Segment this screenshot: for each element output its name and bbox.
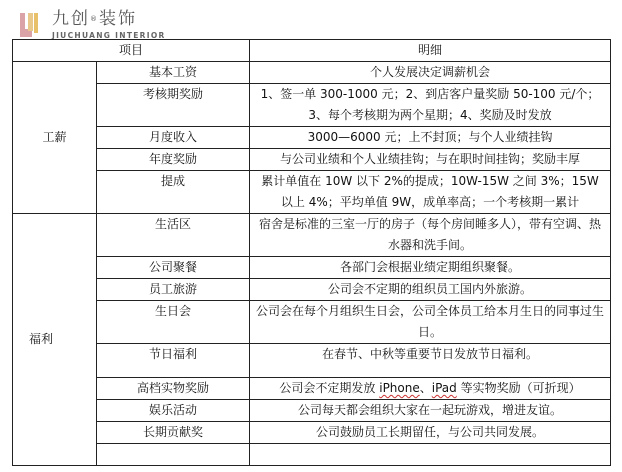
logo-mark-icon (18, 13, 40, 37)
table-row: 月度收入 3000—6000 元；上不封顶；与个人业绩挂钩 (13, 127, 611, 149)
row-detail: 公司鼓励员工长期留任，与公司共同发展。 (250, 422, 611, 444)
row-item: 长期贡献奖 (97, 422, 250, 444)
row-item: 考核期奖励 (97, 84, 250, 127)
row-detail: 宿舍是标准的三室一厅的房子（每个房间睡多人），带有空调、热水器和洗手间。 (250, 214, 611, 257)
row-detail: 公司每天都会组织大家在一起玩游戏，增进友谊。 (250, 400, 611, 422)
compensation-table: 项目 明细 工薪 基本工资 个人发展决定调薪机会 考核期奖励 1、签一单 300… (12, 39, 611, 466)
table-row: 高档实物奖励 公司会不定期发放 iPhone、iPad 等实物奖励（可折现） (13, 378, 611, 400)
table-header-row: 项目 明细 (13, 40, 611, 62)
row-detail: 与公司业绩和个人业绩挂钩；与在职时间挂钩；奖励丰厚 (250, 149, 611, 171)
spellcheck-word: iPad (432, 381, 457, 395)
row-detail: 个人发展决定调薪机会 (250, 62, 611, 84)
table-row: 生日会 公司会在每个月组织生日会，公司全体员工给本月生日的同事过生日。 (13, 301, 611, 344)
row-item: 年度奖励 (97, 149, 250, 171)
row-detail: 公司会不定期发放 iPhone、iPad 等实物奖励（可折现） (250, 378, 611, 400)
row-detail: 各部门会根据业绩定期组织聚餐。 (250, 257, 611, 279)
row-detail: 累计单值在 10W 以下 2%的提成；10W-15W 之间 3%；15W 以上 … (250, 171, 611, 214)
logo-name-cn: 九创®装饰 (52, 9, 137, 29)
table-row: 娱乐活动 公司每天都会组织大家在一起玩游戏，增进友谊。 (13, 400, 611, 422)
table-row-empty (13, 444, 611, 466)
table-row: 员工旅游 公司会不定期的组织员工国内外旅游。 (13, 279, 611, 301)
row-detail (250, 444, 611, 466)
row-detail: 3000—6000 元；上不封顶；与个人业绩挂钩 (250, 127, 611, 149)
row-item: 提成 (97, 171, 250, 214)
row-item: 基本工资 (97, 62, 250, 84)
group-label-benefits: 福利 (13, 214, 97, 466)
group-label-salary: 工薪 (13, 62, 97, 214)
table-row: 节日福利 在春节、中秋等重要节日发放节日福利。 (13, 344, 611, 378)
row-item: 节日福利 (97, 344, 250, 378)
row-item: 娱乐活动 (97, 400, 250, 422)
row-detail: 1、签一单 300-1000 元；2、到店客户量奖励 50-100 元/个；3、… (250, 84, 611, 127)
row-item: 员工旅游 (97, 279, 250, 301)
row-item: 生日会 (97, 301, 250, 344)
row-detail: 公司会在每个月组织生日会，公司全体员工给本月生日的同事过生日。 (250, 301, 611, 344)
row-item: 公司聚餐 (97, 257, 250, 279)
header-item: 项目 (13, 40, 250, 62)
row-detail: 在春节、中秋等重要节日发放节日福利。 (250, 344, 611, 378)
header-detail: 明细 (250, 40, 611, 62)
table-row: 公司聚餐 各部门会根据业绩定期组织聚餐。 (13, 257, 611, 279)
table-row: 年度奖励 与公司业绩和个人业绩挂钩；与在职时间挂钩；奖励丰厚 (13, 149, 611, 171)
table-row: 福利 生活区 宿舍是标准的三室一厅的房子（每个房间睡多人），带有空调、热水器和洗… (13, 214, 611, 257)
row-item: 生活区 (97, 214, 250, 257)
table-row: 长期贡献奖 公司鼓励员工长期留任，与公司共同发展。 (13, 422, 611, 444)
table-row: 考核期奖励 1、签一单 300-1000 元；2、到店客户量奖励 50-100 … (13, 84, 611, 127)
row-item: 月度收入 (97, 127, 250, 149)
row-item (97, 444, 250, 466)
table-row: 工薪 基本工资 个人发展决定调薪机会 (13, 62, 611, 84)
row-item: 高档实物奖励 (97, 378, 250, 400)
row-detail: 公司会不定期的组织员工国内外旅游。 (250, 279, 611, 301)
table-row: 提成 累计单值在 10W 以下 2%的提成；10W-15W 之间 3%；15W … (13, 171, 611, 214)
company-logo: 九创®装饰 JIUCHUANG INTERIOR (18, 11, 168, 39)
spellcheck-word: iPhone (379, 381, 420, 395)
